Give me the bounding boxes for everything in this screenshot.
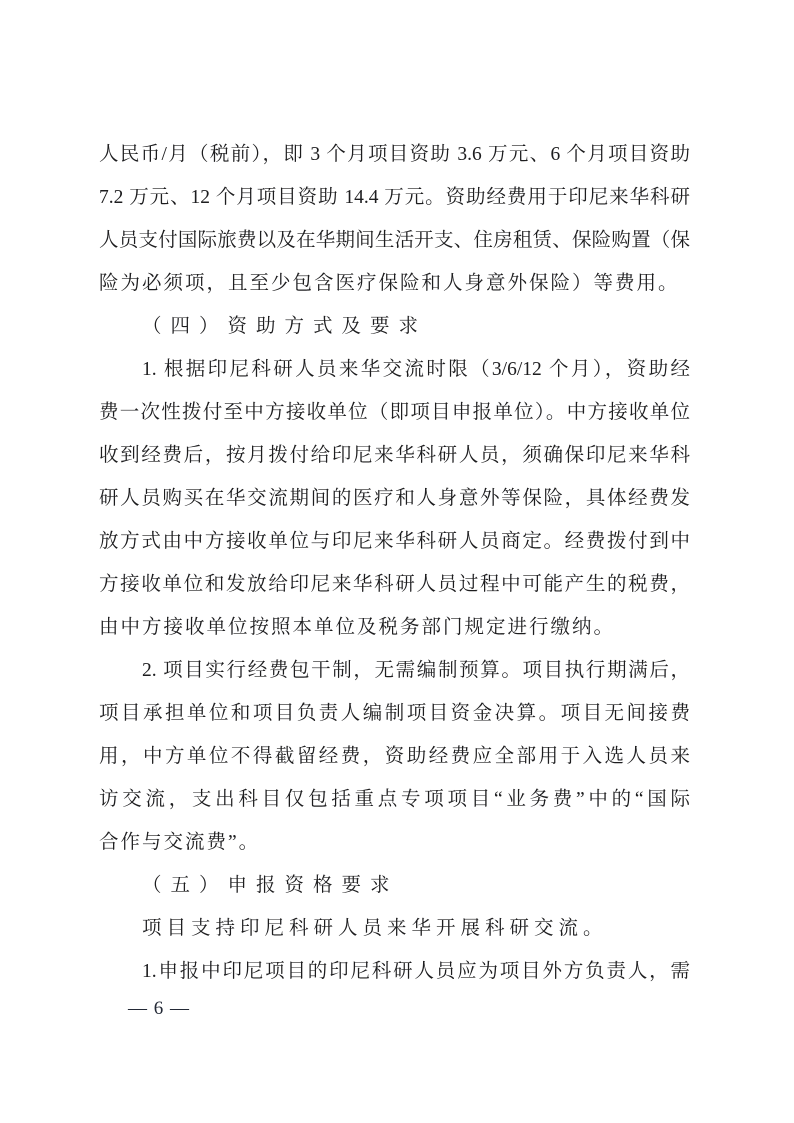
text-line: 用，中方单位不得截留经费，资助经费应全部用于入选人员来 bbox=[99, 735, 690, 778]
text-line: 方接收单位和发放给印尼来华科研人员过程中可能产生的税费， bbox=[99, 563, 690, 606]
page-number: — 6 — bbox=[128, 997, 190, 1021]
text-line: 险为必须项，且至少包含医疗保险和人身意外保险）等费用。 bbox=[99, 262, 690, 305]
text-line: 由中方接收单位按照本单位及税务部门规定进行缴纳。 bbox=[99, 606, 690, 649]
section-heading: （五）申报资格要求 bbox=[99, 864, 690, 907]
text-line: 费一次性拨付至中方接收单位（即项目申报单位）。中方接收单位 bbox=[99, 391, 690, 434]
text-line: 1.申报中印尼项目的印尼科研人员应为项目外方负责人，需 bbox=[99, 950, 690, 993]
text-line: 7.2 万元、12 个月项目资助 14.4 万元。资助经费用于印尼来华科研 bbox=[99, 176, 690, 219]
text-line: 合作与交流费”。 bbox=[99, 821, 690, 864]
text-line: 项目承担单位和项目负责人编制项目资金决算。项目无间接费 bbox=[99, 692, 690, 735]
text-line: 2. 项目实行经费包干制，无需编制预算。项目执行期满后， bbox=[99, 649, 690, 692]
text-line: 人民币/月（税前），即 3 个月项目资助 3.6 万元、6 个月项目资助 bbox=[99, 133, 690, 176]
document-body: 人民币/月（税前），即 3 个月项目资助 3.6 万元、6 个月项目资助 7.2… bbox=[99, 133, 690, 993]
text-line: 项目支持印尼科研人员来华开展科研交流。 bbox=[99, 907, 690, 950]
text-line: 人员支付国际旅费以及在华期间生活开支、住房租赁、保险购置（保 bbox=[99, 219, 690, 262]
text-line: 访交流，支出科目仅包括重点专项项目“业务费”中的“国际 bbox=[99, 778, 690, 821]
document-page: 人民币/月（税前），即 3 个月项目资助 3.6 万元、6 个月项目资助 7.2… bbox=[0, 0, 794, 1123]
text-line: 研人员购买在华交流期间的医疗和人身意外等保险，具体经费发 bbox=[99, 477, 690, 520]
text-line: 1. 根据印尼科研人员来华交流时限（3/6/12 个月），资助经 bbox=[99, 348, 690, 391]
section-heading: （四）资助方式及要求 bbox=[99, 305, 690, 348]
text-line: 收到经费后，按月拨付给印尼来华科研人员，须确保印尼来华科 bbox=[99, 434, 690, 477]
text-line: 放方式由中方接收单位与印尼来华科研人员商定。经费拨付到中 bbox=[99, 520, 690, 563]
